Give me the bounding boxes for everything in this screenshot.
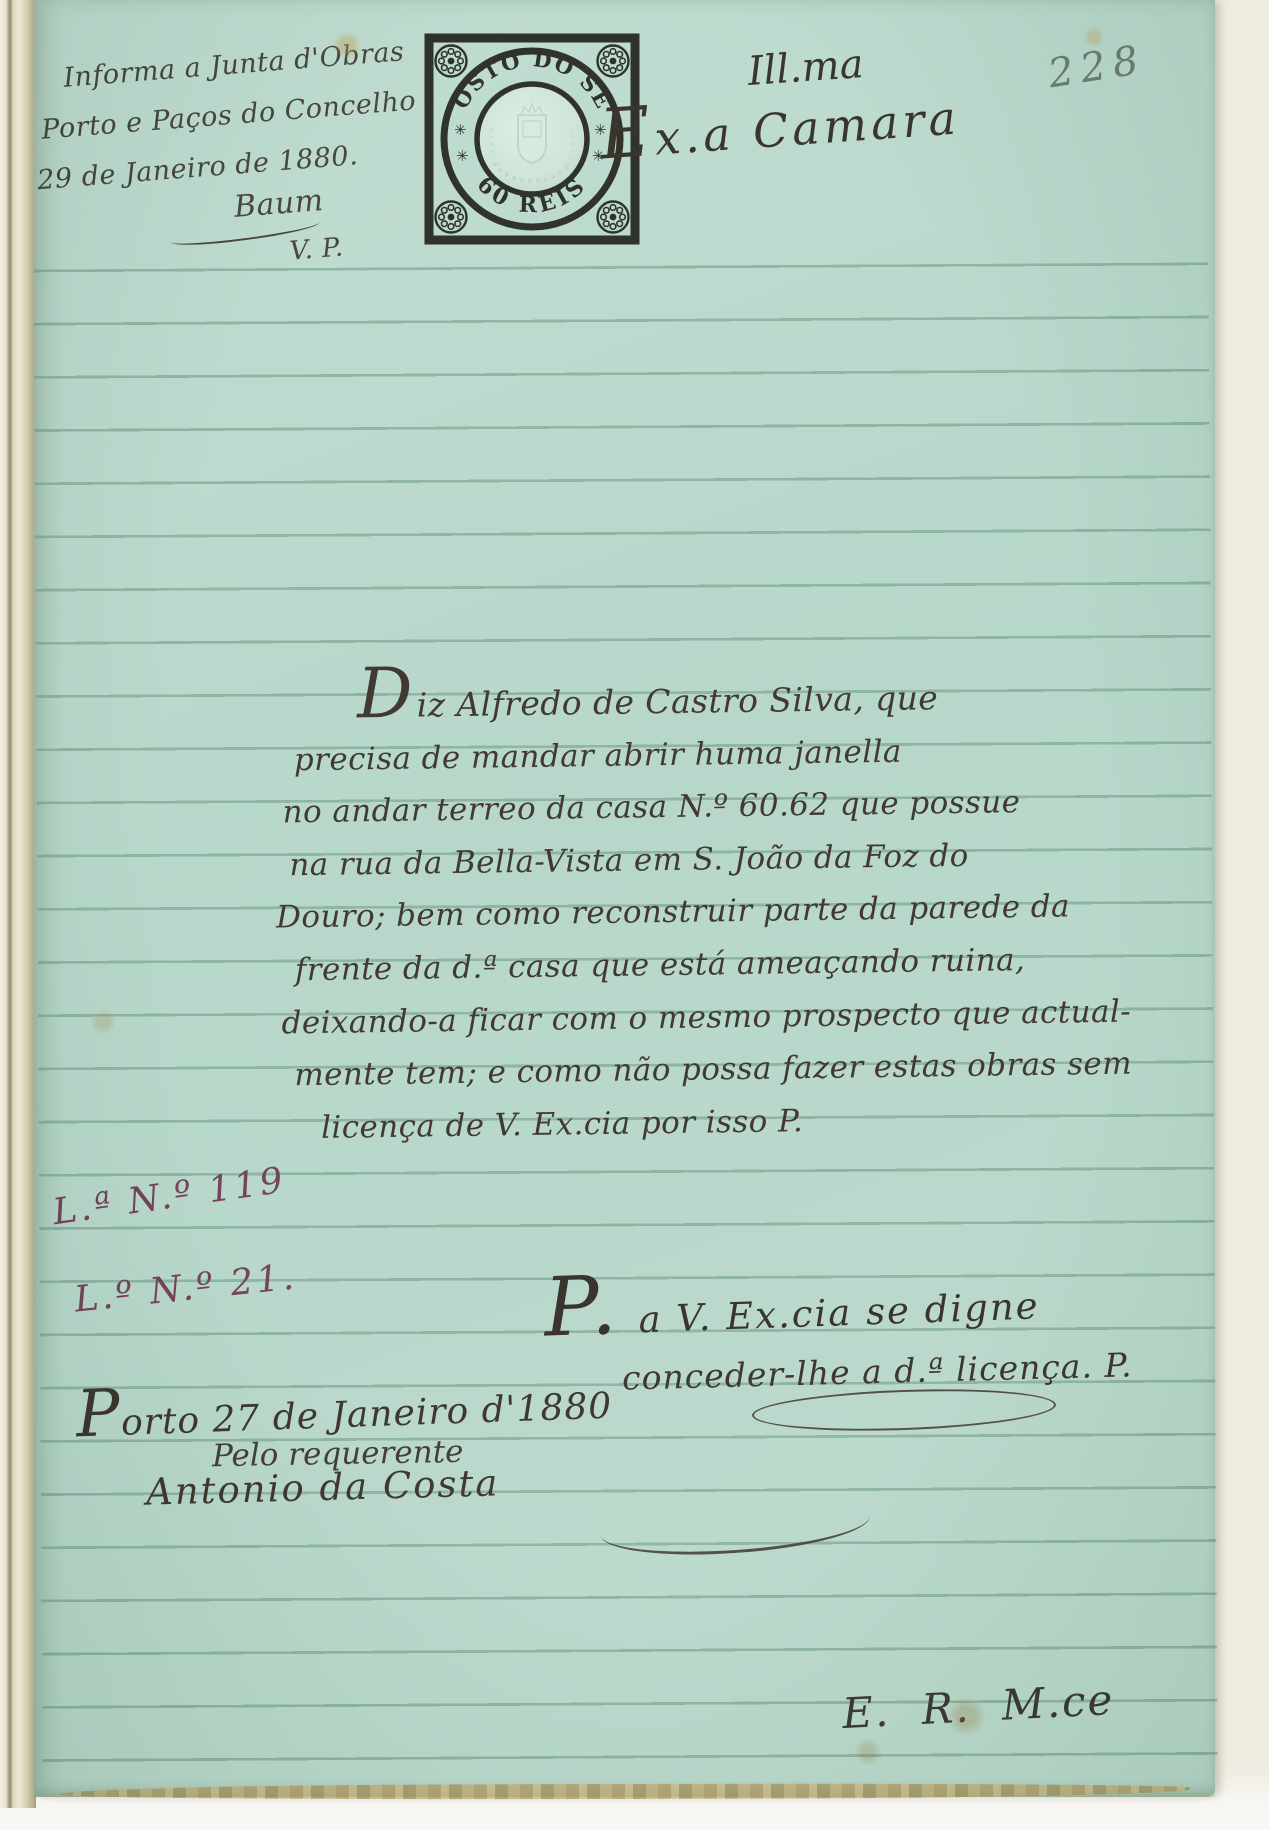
rosette-top-left <box>436 46 467 77</box>
petition-body: Diz Alfredo de Castro Silva, que precisa… <box>281 659 1058 1155</box>
stamp-asterisk-left-2: ✳ <box>456 147 469 165</box>
request-line-1: P. a V. Ex.cia se digne <box>542 1243 1040 1355</box>
referral-note: Informa a Junta d'Obras Porto e Paços do… <box>36 25 453 286</box>
body-line-9: licença de V. Ex.cia por isso P. <box>321 1091 1058 1154</box>
body-line-8: mente tem; e como não possa fazer estas … <box>294 1039 1057 1102</box>
body-line-1: Diz Alfredo de Castro Silva, que <box>357 659 1052 733</box>
book-binding-edge <box>0 0 36 1808</box>
stamp-asterisk-left-1: ✳ <box>454 121 467 139</box>
rosette-bottom-right <box>598 202 629 233</box>
rosette-bottom-left <box>436 202 467 233</box>
scanned-document-page: Informa a Junta d'Obras Porto e Paços do… <box>0 0 1269 1830</box>
